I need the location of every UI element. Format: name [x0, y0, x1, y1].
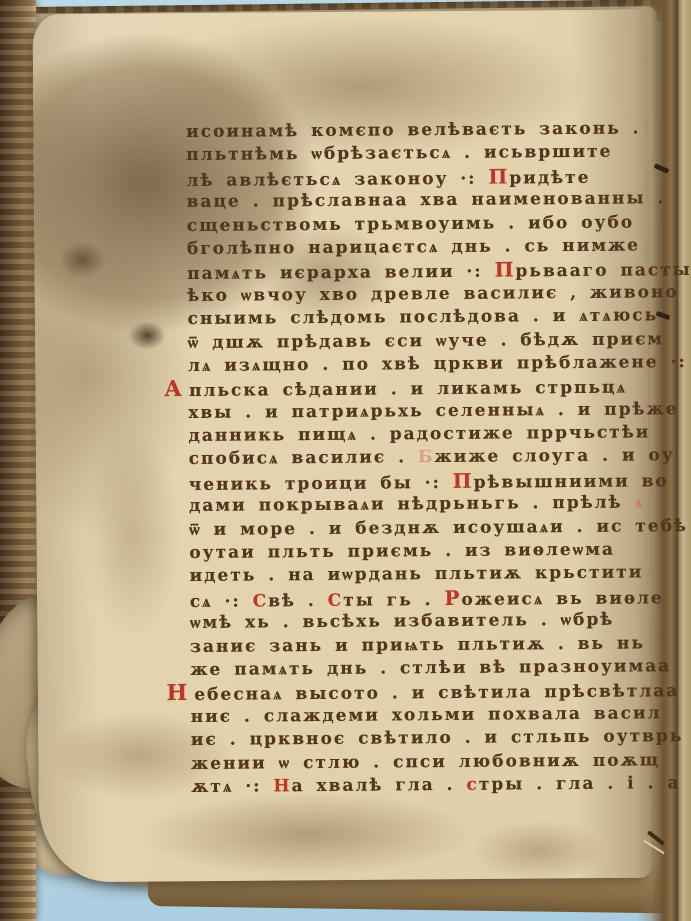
text-run: ниє . слаждеми хольми похвала васил: [191, 703, 662, 727]
text-run: ты гь .: [343, 590, 444, 611]
manuscript-photo: исоинамѣ комєпо велѣваєть законь .пльтнѣ…: [0, 0, 691, 921]
rubric-run: А: [164, 378, 184, 402]
text-line: спобисѧ василиє . Бжиже слоуга . и оу: [189, 445, 659, 472]
text-run: памѧть иєрарха велии ·:: [187, 262, 495, 284]
text-run: пльска сѣдании . и ликамь стрпьцѧ: [189, 378, 627, 401]
text-run: же памѧть днь . стлѣи вѣ празноуимаа: [190, 656, 671, 680]
text-run: иє . црквноє свѣтило . и стльпь оутврь: [191, 726, 684, 750]
text-run: хвы . и патриѧрьхь селенныѧ . и прѣже: [188, 399, 678, 423]
text-run: ваце . прѣславнаа хва наименованны .: [187, 188, 666, 212]
text-run: сныимь слѣдомь послѣдова . и ѧтѧюсь: [187, 305, 658, 329]
text-run: ѿ и море . и безднѫ исоушаѧи . ис тебѣ: [189, 516, 688, 540]
text-run: сѧ ·:: [190, 591, 253, 611]
text-run: жиже слоуга . и оу: [434, 446, 674, 468]
text-run: рьвааго пастырѣ: [515, 260, 691, 282]
text-run: ѣко ѡвчоу хво древле василиє , живоно: [187, 282, 679, 306]
text-run: пльтнѣмь ѡбрѣзаєтьсѧ . исьвршите: [186, 142, 612, 165]
text-line: ѿ дшѫ прѣдавь єси ѡуче . бѣдѫ приєм: [188, 328, 658, 355]
text-run: а хвалѣ гла .: [291, 775, 466, 796]
text-run: исоинамѣ комєпо велѣваєть законь .: [186, 118, 641, 142]
text-block: исоинамѣ комєпо велѣваєть законь .пльтнѣ…: [186, 117, 661, 799]
text-run: лѧ изѧщно . по хвѣ цркви прѣблажене ·:: [188, 352, 687, 376]
text-line: ѡмѣ хь . вьсѣхь избавитель . ѡбрѣ: [190, 608, 660, 635]
rubric-run: Б: [418, 448, 435, 468]
rubric-run: с: [466, 775, 479, 795]
rubric-run: П: [494, 258, 515, 282]
text-run: заниє зань и приѩть пльтиѫ . вь нь: [190, 633, 645, 657]
text-run: жении ѡ стлю . спси любовниѫ поѫщ: [191, 750, 660, 774]
text-run: ѿ дшѫ прѣдавь єси ѡуче . бѣдѫ приєм: [188, 329, 665, 353]
text-run: данникь пищѧ . радостиже пррчьстѣи: [188, 422, 650, 446]
text-line: дами покрываѧи нѣдрьньгь . прѣлѣ: [189, 492, 659, 519]
text-line: ваце . прѣславнаа хва наименованны .: [187, 187, 657, 214]
text-line: памѧть иєрарха велии ·: Прьвааго пастырѣ: [187, 258, 657, 285]
text-run: дами покрываѧи нѣдрьньгь . прѣлѣ: [189, 493, 623, 516]
text-line: пльтнѣмь ѡбрѣзаєтьсѧ . исьвршите: [186, 141, 656, 168]
text-run: вѣ .: [268, 591, 328, 611]
text-run: тры . гла . і . а .: [479, 773, 691, 795]
text-run: идеть . на иѡрдань пльтиѫ крьстити: [189, 563, 643, 587]
rubric-run: С: [253, 591, 269, 611]
rubric-run: П: [488, 164, 509, 188]
text-line: Небеснаѧ высото . и свѣтила прѣсвѣтлаа: [190, 679, 660, 706]
text-line: идеть . на иѡрдань пльтиѫ крьстити: [189, 562, 659, 589]
text-line: сныимь слѣдомь послѣдова . и ѧтѧюсь: [187, 304, 657, 331]
rubric-run: С: [328, 591, 344, 611]
text-run: ченикь троици бы ·:: [189, 473, 453, 495]
rubric-run: П: [453, 469, 474, 493]
text-run: ѡмѣ хь . вьсѣхь избавитель . ѡбрѣ: [190, 610, 615, 633]
text-line: иє . црквноє свѣтило . и стльпь оутврь: [191, 725, 661, 752]
text-run: ридѣте: [509, 168, 590, 189]
text-line: Апльска сѣдании . и ликамь стрпьцѧ: [188, 375, 658, 402]
margin-rubric-mark: ѧ: [634, 492, 643, 512]
rubric-run: Н: [273, 776, 291, 796]
rubric-run: Р: [444, 586, 461, 610]
rubric-run: Н: [166, 682, 189, 706]
text-run: рѣвышниими во: [474, 471, 669, 493]
text-run: ѫтѧ ·:: [191, 776, 273, 797]
text-run: лѣ авлѣєтьсѧ законоу ·:: [186, 168, 488, 190]
text-run: оутаи пльть приємь . из виѳлеѡма: [189, 540, 615, 563]
text-line: ѫтѧ ·: На хвалѣ гла . стры . гла . і . а…: [191, 772, 661, 799]
text-run: ожеисѧ вь виѳле: [461, 588, 663, 610]
text-run: спобисѧ василиє .: [189, 448, 418, 470]
text-run: сщеньствомь трьмвоуимь . ибо оубо: [187, 212, 634, 236]
text-run: бголѣпно нарицаєтсѧ днь . сь нимже: [187, 235, 640, 259]
